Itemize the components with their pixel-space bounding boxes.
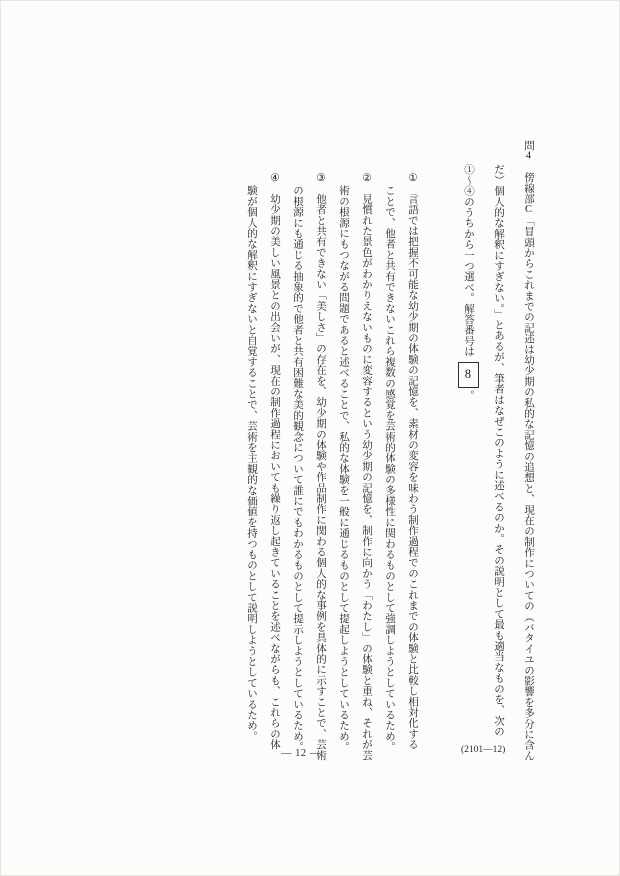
page-number: — 12 — [281, 748, 321, 759]
option-4-text-1: 幼少期の美しい風景との出会いが、現在の制作過程においても繰り返し起きていることを… [269, 193, 280, 749]
stem-line-2: だ）個人的な解釈にすぎない。」とあるが、筆者はなぜこのように述べるのか。その説明… [483, 140, 513, 770]
option-3-marker: ③ [309, 172, 332, 184]
option-1-line-2: ことで、他者と共有できないこれら複数の感覚を芸術的体験の多様性に関わるものとして… [378, 140, 401, 770]
option-2-text-1: 見慣れた景色がわかりえないものに変容するという幼少期の記憶を、制作に向かう「わた… [361, 193, 372, 760]
option-4-text-2: 験が個人的な解釈にすぎないと自覚することで、芸術を主観的な価値を持つものとして説… [246, 185, 257, 741]
option-3-line-1: ③他者と共有できない「美しさ」の存在を、幼少期の体験や作品制作に関わる個人的な事… [309, 140, 332, 770]
stem-text-1: 傍線部C「冒頭からこれまでの記述は幼少期の私的な記憶の追想と、現在の制作について… [523, 172, 534, 761]
option-3-text-2: の根源にも通じる抽象的で他者と共有困難な美的観念について誰にでもわかるものとして… [292, 185, 303, 752]
exam-page: 問4傍線部C「冒頭からこれまでの記述は幼少期の私的な記憶の追想と、現在の制作につ… [0, 0, 620, 876]
option-1-text-1: 言語では把握不可能な幼少期の体験の記憶を、素材の変容を味わう制作過程でのこれまで… [407, 193, 418, 749]
stem-line-3: ①～④のうちから一つ選べ。解答番号は8。 [453, 140, 483, 770]
stem-text-2: だ）個人的な解釈にすぎない。」とあるが、筆者はなぜこのように述べるのか。その説明… [493, 164, 504, 737]
stem-text-3-suffix: 。 [463, 390, 474, 401]
option-2-line-2: 術の根源にもつながる問題であると述べることで、私的な体験を一般に通じるものとして… [332, 140, 355, 770]
option-4-marker: ④ [263, 172, 286, 184]
question-block: 問4傍線部C「冒頭からこれまでの記述は幼少期の私的な記憶の追想と、現在の制作につ… [240, 140, 543, 770]
option-3-line-2: の根源にも通じる抽象的で他者と共有困難な美的観念について誰にでもわかるものとして… [286, 140, 309, 770]
question-number-label: 問4 [513, 140, 543, 162]
stem-line-1: 問4傍線部C「冒頭からこれまでの記述は幼少期の私的な記憶の追想と、現在の制作につ… [513, 140, 543, 770]
option-2-marker: ② [355, 172, 378, 184]
answer-number-box: 8 [458, 362, 479, 388]
stem-text-3: ①～④のうちから一つ選べ。解答番号は [463, 164, 474, 357]
option-1-line-1: ①言語では把握不可能な幼少期の体験の記憶を、素材の変容を味わう制作過程でのこれま… [401, 140, 424, 770]
option-1-text-2: ことで、他者と共有できないこれら複数の感覚を芸術的体験の多様性に関わるものとして… [384, 185, 395, 752]
option-2-line-1: ②見慣れた景色がわかりえないものに変容するという幼少期の記憶を、制作に向かう「わ… [355, 140, 378, 770]
option-1-marker: ① [401, 172, 424, 184]
doc-code: (2101—12) [461, 745, 505, 755]
option-4-line-1: ④幼少期の美しい風景との出会いが、現在の制作過程においても繰り返し起きていること… [263, 140, 286, 770]
option-4-line-2: 験が個人的な解釈にすぎないと自覚することで、芸術を主観的な価値を持つものとして説… [240, 140, 263, 770]
option-3-text-1: 他者と共有できない「美しさ」の存在を、幼少期の体験や作品制作に関わる個人的な事例… [315, 193, 326, 760]
option-2-text-2: 術の根源にもつながる問題であると述べることで、私的な体験を一般に通じるものとして… [338, 185, 349, 752]
